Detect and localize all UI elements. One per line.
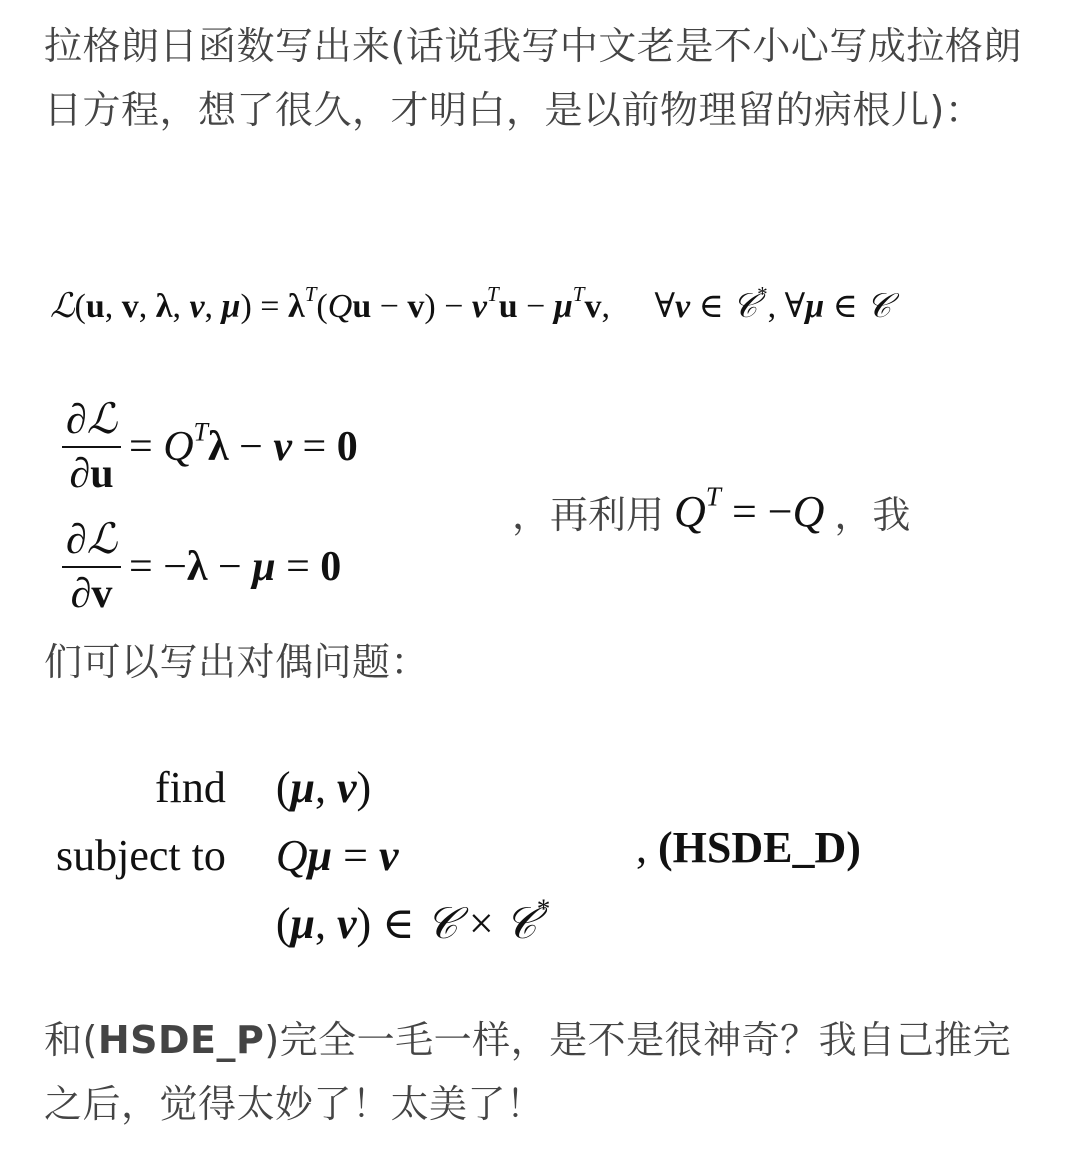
intro-text: 拉格朗日函数写出来(话说我写中文老是不小心写成拉格朗日方程，想了很久，才明白，是…: [44, 24, 1022, 132]
lagrangian-condition: ∀ν ∈ 𝒞*, ∀μ ∈ 𝒞: [655, 288, 892, 325]
mid-suffix-text: ，我: [834, 484, 910, 539]
closing-bold-text: HSDE_P: [98, 1018, 265, 1062]
dual-expr-find: (μ, ν): [276, 756, 551, 824]
skew-symmetry-sentence: ，再利用 QT = −Q ，我: [512, 484, 910, 539]
skew-symmetry-formula: QT = −Q: [674, 486, 824, 537]
derivative-u-rhs: = QTλ − ν = 0: [129, 423, 358, 471]
fraction-dl-dv: ∂ℒ∂v: [62, 518, 121, 616]
lagrangian-lhs: ℒ(u, v, λ, ν, μ): [50, 288, 252, 325]
derivative-u-equation: ∂ℒ∂u = QTλ − ν = 0: [62, 398, 358, 496]
dual-expr-constraint: Qμ = ν: [276, 824, 551, 892]
derivative-v-equation: ∂ℒ∂v = −λ − μ = 0: [62, 518, 341, 616]
dual-problem: find (μ, ν) subject to Qμ = ν (μ, ν) ∈ 𝒞…: [56, 756, 550, 960]
dual-expr-cone: (μ, ν) ∈ 𝒞 × 𝒞*: [276, 892, 551, 960]
dual-row-subject-to: subject to Qμ = ν: [56, 824, 550, 892]
closing-prefix-text: 和(: [44, 1018, 98, 1062]
dual-row-cone: (μ, ν) ∈ 𝒞 × 𝒞*: [56, 892, 550, 960]
continuation-paragraph: 们可以写出对偶问题：: [44, 630, 1044, 694]
lagrangian-rhs: = λT(Qu − v) − νTu − μTv,: [260, 288, 610, 325]
dual-problem-tag: , (HSDE_D): [636, 822, 861, 873]
dual-label-subject-to: subject to: [56, 824, 276, 892]
fraction-dl-du: ∂ℒ∂u: [62, 398, 121, 496]
dual-label-empty: [56, 892, 276, 960]
dual-row-find: find (μ, ν): [56, 756, 550, 824]
closing-paragraph: 和(HSDE_P)完全一毛一样，是不是很神奇？我自己推完之后，觉得太妙了！太美了…: [44, 1008, 1044, 1136]
derivative-v-rhs: = −λ − μ = 0: [129, 543, 341, 591]
intro-paragraph: 拉格朗日函数写出来(话说我写中文老是不小心写成拉格朗日方程，想了很久，才明白，是…: [44, 14, 1044, 142]
continuation-text: 们可以写出对偶问题：: [44, 640, 429, 684]
lagrangian-equation: ℒ(u, v, λ, ν, μ) = λT(Qu − v) − νTu − μT…: [50, 286, 891, 326]
mid-prefix-text: ，再利用: [512, 484, 664, 539]
dual-label-find: find: [56, 756, 276, 824]
